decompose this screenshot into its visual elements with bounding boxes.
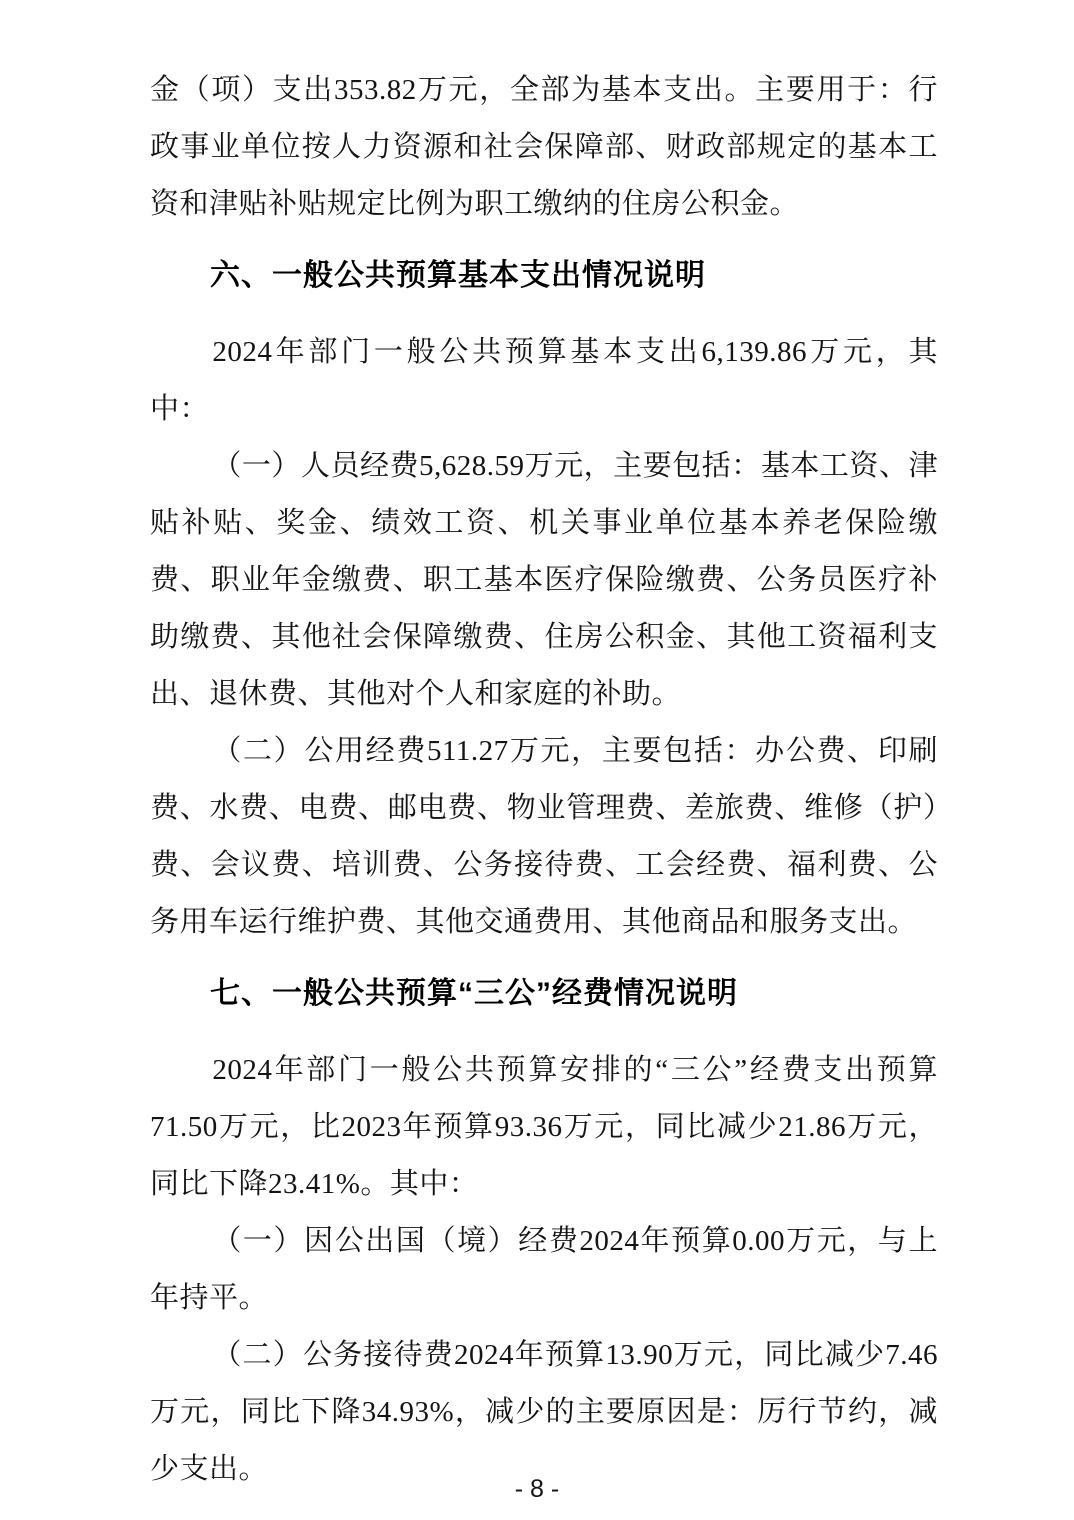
body-paragraph: （一）因公出国（境）经费2024年预算0.00万元，与上年持平。 (150, 1213, 938, 1327)
section-heading-6: 六、一般公共预算基本支出情况说明 (150, 247, 938, 304)
body-paragraph: （二）公务接待费2024年预算13.90万元，同比减少7.46万元，同比下降34… (150, 1327, 938, 1498)
body-paragraph: 2024年部门一般公共预算基本支出6,139.86万元，其中： (150, 324, 938, 438)
body-paragraph-continuation: 金（项）支出353.82万元，全部为基本支出。主要用于：行政事业单位按人力资源和… (150, 62, 938, 233)
document-content: 金（项）支出353.82万元，全部为基本支出。主要用于：行政事业单位按人力资源和… (150, 62, 938, 1498)
page-number: - 8 - (0, 1474, 1074, 1504)
body-paragraph: （一）人员经费5,628.59万元，主要包括：基本工资、津贴补贴、奖金、绩效工资… (150, 438, 938, 723)
document-page: 金（项）支出353.82万元，全部为基本支出。主要用于：行政事业单位按人力资源和… (0, 0, 1074, 1520)
body-paragraph: （二）公用经费511.27万元，主要包括：办公费、印刷费、水费、电费、邮电费、物… (150, 723, 938, 951)
body-paragraph: 2024年部门一般公共预算安排的“三公”经费支出预算71.50万元，比2023年… (150, 1042, 938, 1213)
section-heading-7: 七、一般公共预算“三公”经费情况说明 (150, 965, 938, 1022)
